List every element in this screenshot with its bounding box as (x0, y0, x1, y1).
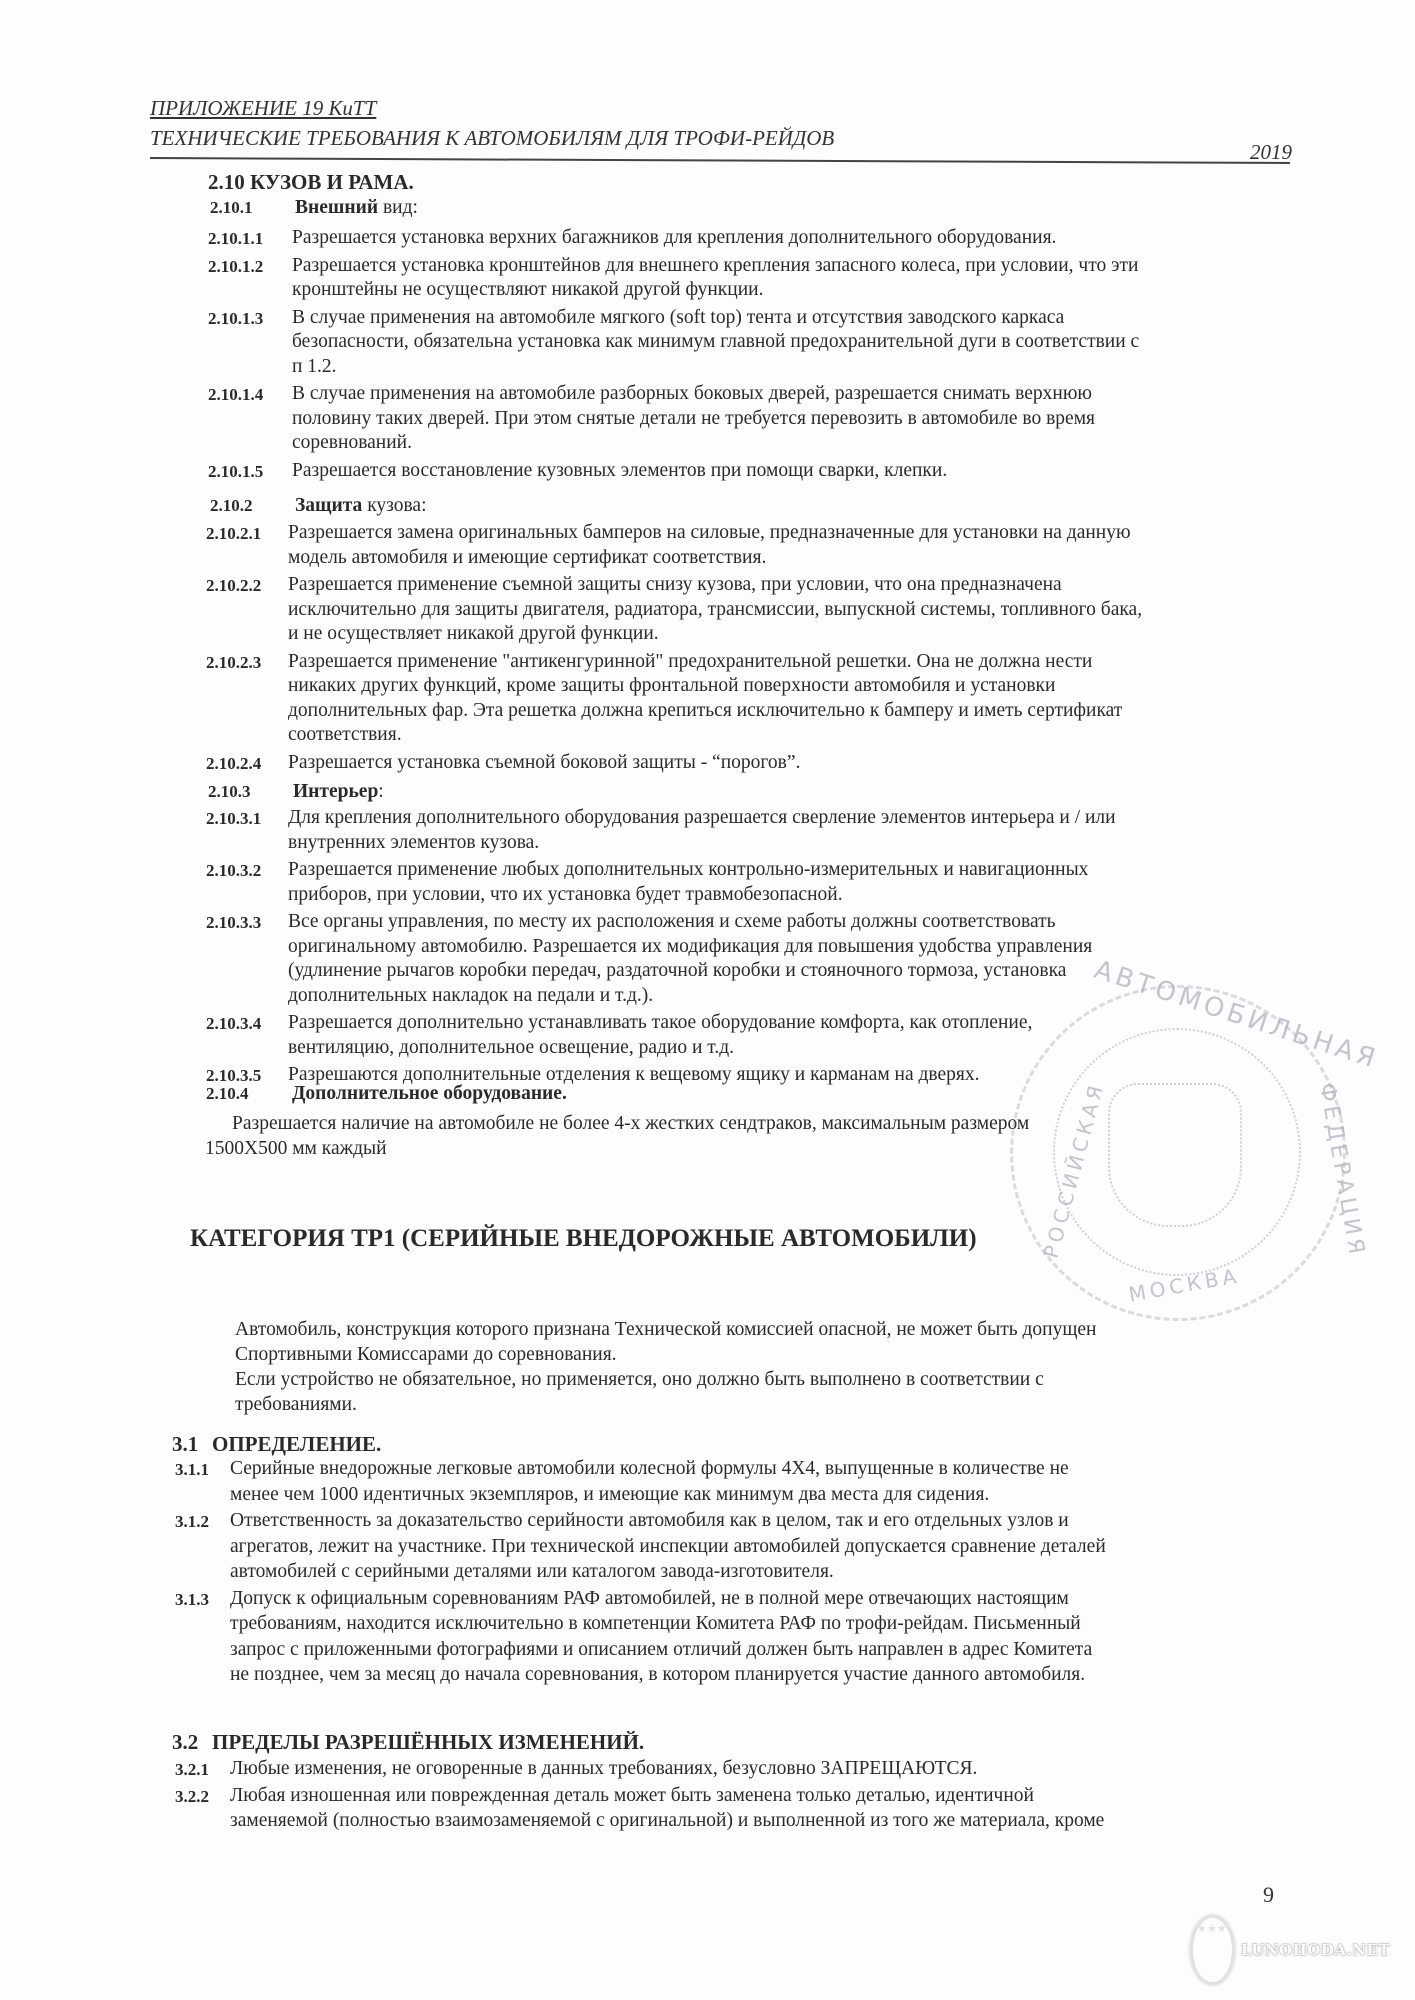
clause-number: 2.10.2.1 (206, 522, 261, 546)
clause-number: 2.10.1.3 (208, 307, 263, 331)
clause-text-continued: (удлинение рычагов коробки передач, разд… (288, 959, 1066, 983)
clause-number: 3.1.2 (175, 1510, 209, 1534)
clause-number: 2.10.3.4 (206, 1012, 261, 1036)
clause-text: Разрешается применение съемной защиты сн… (288, 573, 1062, 597)
paragraph-text: Разрешается наличие на автомобиле не бол… (232, 1112, 1029, 1136)
section-title: ПРЕДЕЛЫ РАЗРЕШЁННЫХ ИЗМЕНЕНИЙ. (212, 1730, 644, 1754)
clause-text-continued: приборов, при условии, что их установка … (288, 883, 843, 907)
watermark: LUNOHODA.NET (1190, 1910, 1390, 1990)
stamp-emblem-icon (1108, 1083, 1242, 1227)
subsection-number: 2.10.3 (208, 780, 251, 804)
clause-number: 3.2.2 (175, 1785, 209, 1809)
clause-text: Разрешается установка верхних багажников… (292, 226, 1056, 250)
subsection-title: Защита кузова: (295, 494, 427, 518)
clause-text-continued: дополнительных фар. Эта решетка должна к… (288, 699, 1122, 723)
section-number: 3.1 (172, 1432, 198, 1456)
clause-number: 3.2.1 (175, 1758, 209, 1782)
clause-text-continued: соответствия. (288, 723, 402, 747)
subsection-title-rest: вид: (378, 197, 418, 218)
clause-number: 2.10.2.3 (206, 651, 261, 675)
clause-text-continued: вентиляцию, дополнительное освещение, ра… (288, 1036, 734, 1060)
subsection-number: 2.10.4 (206, 1082, 249, 1106)
clause-text: Ответственность за доказательство серийн… (230, 1509, 1069, 1533)
clause-text-continued: и не осуществляет никакой другой функции… (288, 622, 659, 646)
clause-number: 3.1.3 (175, 1588, 209, 1612)
clause-text: Любая изношенная или поврежденная деталь… (230, 1784, 1034, 1808)
subsection-number: 2.10.1 (210, 196, 253, 220)
section-heading: 2.10 КУЗОВ И РАМА. (208, 170, 414, 194)
clause-text-continued: п 1.2. (292, 355, 337, 379)
clause-text: Разрешается установка съемной боковой за… (288, 751, 800, 775)
clause-text-continued: исключительно для защиты двигателя, ради… (288, 598, 1142, 622)
document-page: ПРИЛОЖЕНИЕ 19 КиТТ ТЕХНИЧЕСКИЕ ТРЕБОВАНИ… (0, 0, 1415, 2000)
official-stamp: АВТОМОБИЛЬНАЯ ФЕДЕРАЦИЯ РОССИЙСКАЯ МОСКВ… (1010, 985, 1346, 1321)
subsection-title: Дополнительное оборудование. (292, 1082, 567, 1106)
lunohod-logo-icon (1190, 1915, 1235, 1985)
clause-text-continued: дополнительных накладок на педали и т.д.… (288, 984, 653, 1008)
clause-number: 2.10.3.1 (206, 807, 261, 831)
clause-text-continued: модель автомобиля и имеющие сертификат с… (288, 546, 766, 570)
subsection-title: Интерьер: (293, 780, 384, 804)
clause-text: В случае применения на автомобиле разбор… (292, 382, 1092, 406)
header-title: ТЕХНИЧЕСКИЕ ТРЕБОВАНИЯ К АВТОМОБИЛЯМ ДЛЯ… (150, 126, 834, 151)
clause-text: Все органы управления, по месту их распо… (288, 910, 1056, 934)
subsection-title: Внешний вид: (295, 196, 418, 220)
stamp-right-text: ФЕДЕРАЦИЯ (1314, 1081, 1369, 1260)
intro-text: Если устройство не обязательное, но прим… (235, 1368, 1044, 1392)
clause-text-continued: оригинальному автомобилю. Разрешается их… (288, 935, 1092, 959)
category-title: КАТЕГОРИЯ ТР1 (СЕРИЙНЫЕ ВНЕДОРОЖНЫЕ АВТО… (190, 1227, 977, 1251)
clause-text: Разрешается замена оригинальных бамперов… (288, 521, 1131, 545)
clause-number: 2.10.3.3 (206, 911, 261, 935)
clause-text-continued: соревнований. (292, 431, 412, 455)
clause-number: 2.10.2.2 (206, 574, 261, 598)
header-year: 2019 (1250, 140, 1292, 165)
clause-text-continued: внутренних элементов кузова. (288, 831, 539, 855)
clause-text: Серийные внедорожные легковые автомобили… (230, 1457, 1069, 1481)
clause-text-continued: половину таких дверей. При этом снятые д… (292, 407, 1095, 431)
clause-number: 2.10.1.4 (208, 383, 263, 407)
clause-number: 2.10.1.2 (208, 255, 263, 279)
clause-text: Разрешается дополнительно устанавливать … (288, 1011, 1032, 1035)
header-appendix: ПРИЛОЖЕНИЕ 19 КиТТ (150, 96, 376, 121)
clause-text-continued: запрос с приложенными фотографиями и опи… (230, 1638, 1092, 1662)
clause-text-continued: менее чем 1000 идентичных экземпляров, и… (230, 1483, 989, 1507)
clause-text: Разрешается применение любых дополнитель… (288, 858, 1088, 882)
header-rule (150, 157, 1290, 164)
clause-text-continued: не позднее, чем за месяц до начала сорев… (230, 1663, 1085, 1687)
clause-text-continued: никаких других функций, кроме защиты фро… (288, 674, 1055, 698)
clause-number: 3.1.1 (175, 1458, 209, 1482)
clause-number: 2.10.3.2 (206, 859, 261, 883)
clause-text: Разрешается установка кронштейнов для вн… (292, 254, 1138, 278)
section-title: ОПРЕДЕЛЕНИЕ. (212, 1432, 381, 1456)
clause-text-continued: автомобилей с серийными деталями или кат… (230, 1560, 834, 1584)
clause-text-continued: требованиям, находится исключительно в к… (230, 1612, 1081, 1636)
clause-text: Для крепления дополнительного оборудован… (288, 806, 1116, 830)
intro-text: Автомобиль, конструкция которого признан… (235, 1318, 1096, 1342)
subsection-title-bold: Внешний (295, 197, 378, 218)
clause-text-continued: кронштейны не осуществляют никакой друго… (292, 278, 763, 302)
clause-text: Допуск к официальным соревнованиям РАФ а… (230, 1587, 1069, 1611)
clause-number: 2.10.1.1 (208, 227, 263, 251)
clause-text-continued: безопасности, обязательна установка как … (292, 330, 1139, 354)
subsection-title-bold: Интерьер (293, 781, 378, 802)
paragraph-text-continued: 1500Х500 мм каждый (205, 1137, 387, 1161)
clause-number: 2.10.2.4 (206, 752, 261, 776)
intro-text: требованиями. (235, 1393, 357, 1417)
clause-text: Разрешается восстановление кузовных элем… (292, 459, 947, 483)
clause-text-continued: заменяемой (полностью взаимозаменяемой с… (230, 1809, 1104, 1833)
subsection-title-bold: Защита (295, 495, 362, 516)
clause-text: Любые изменения, не оговоренные в данных… (230, 1757, 977, 1781)
subsection-title-rest: : (378, 781, 383, 802)
clause-text: В случае применения на автомобиле мягког… (292, 306, 1064, 330)
page-number: 9 (1263, 1882, 1274, 1908)
subsection-title-rest: кузова: (362, 495, 426, 516)
clause-number: 2.10.1.5 (208, 460, 263, 484)
subsection-number: 2.10.2 (210, 494, 253, 518)
watermark-text: LUNOHODA.NET (1241, 1941, 1390, 1959)
intro-text: Спортивными Комиссарами до соревнования. (235, 1343, 617, 1367)
clause-text-continued: агрегатов, лежит на участнике. При техни… (230, 1535, 1106, 1559)
clause-text: Разрешается применение "антикенгуринной"… (288, 650, 1092, 674)
section-number: 3.2 (172, 1730, 198, 1754)
